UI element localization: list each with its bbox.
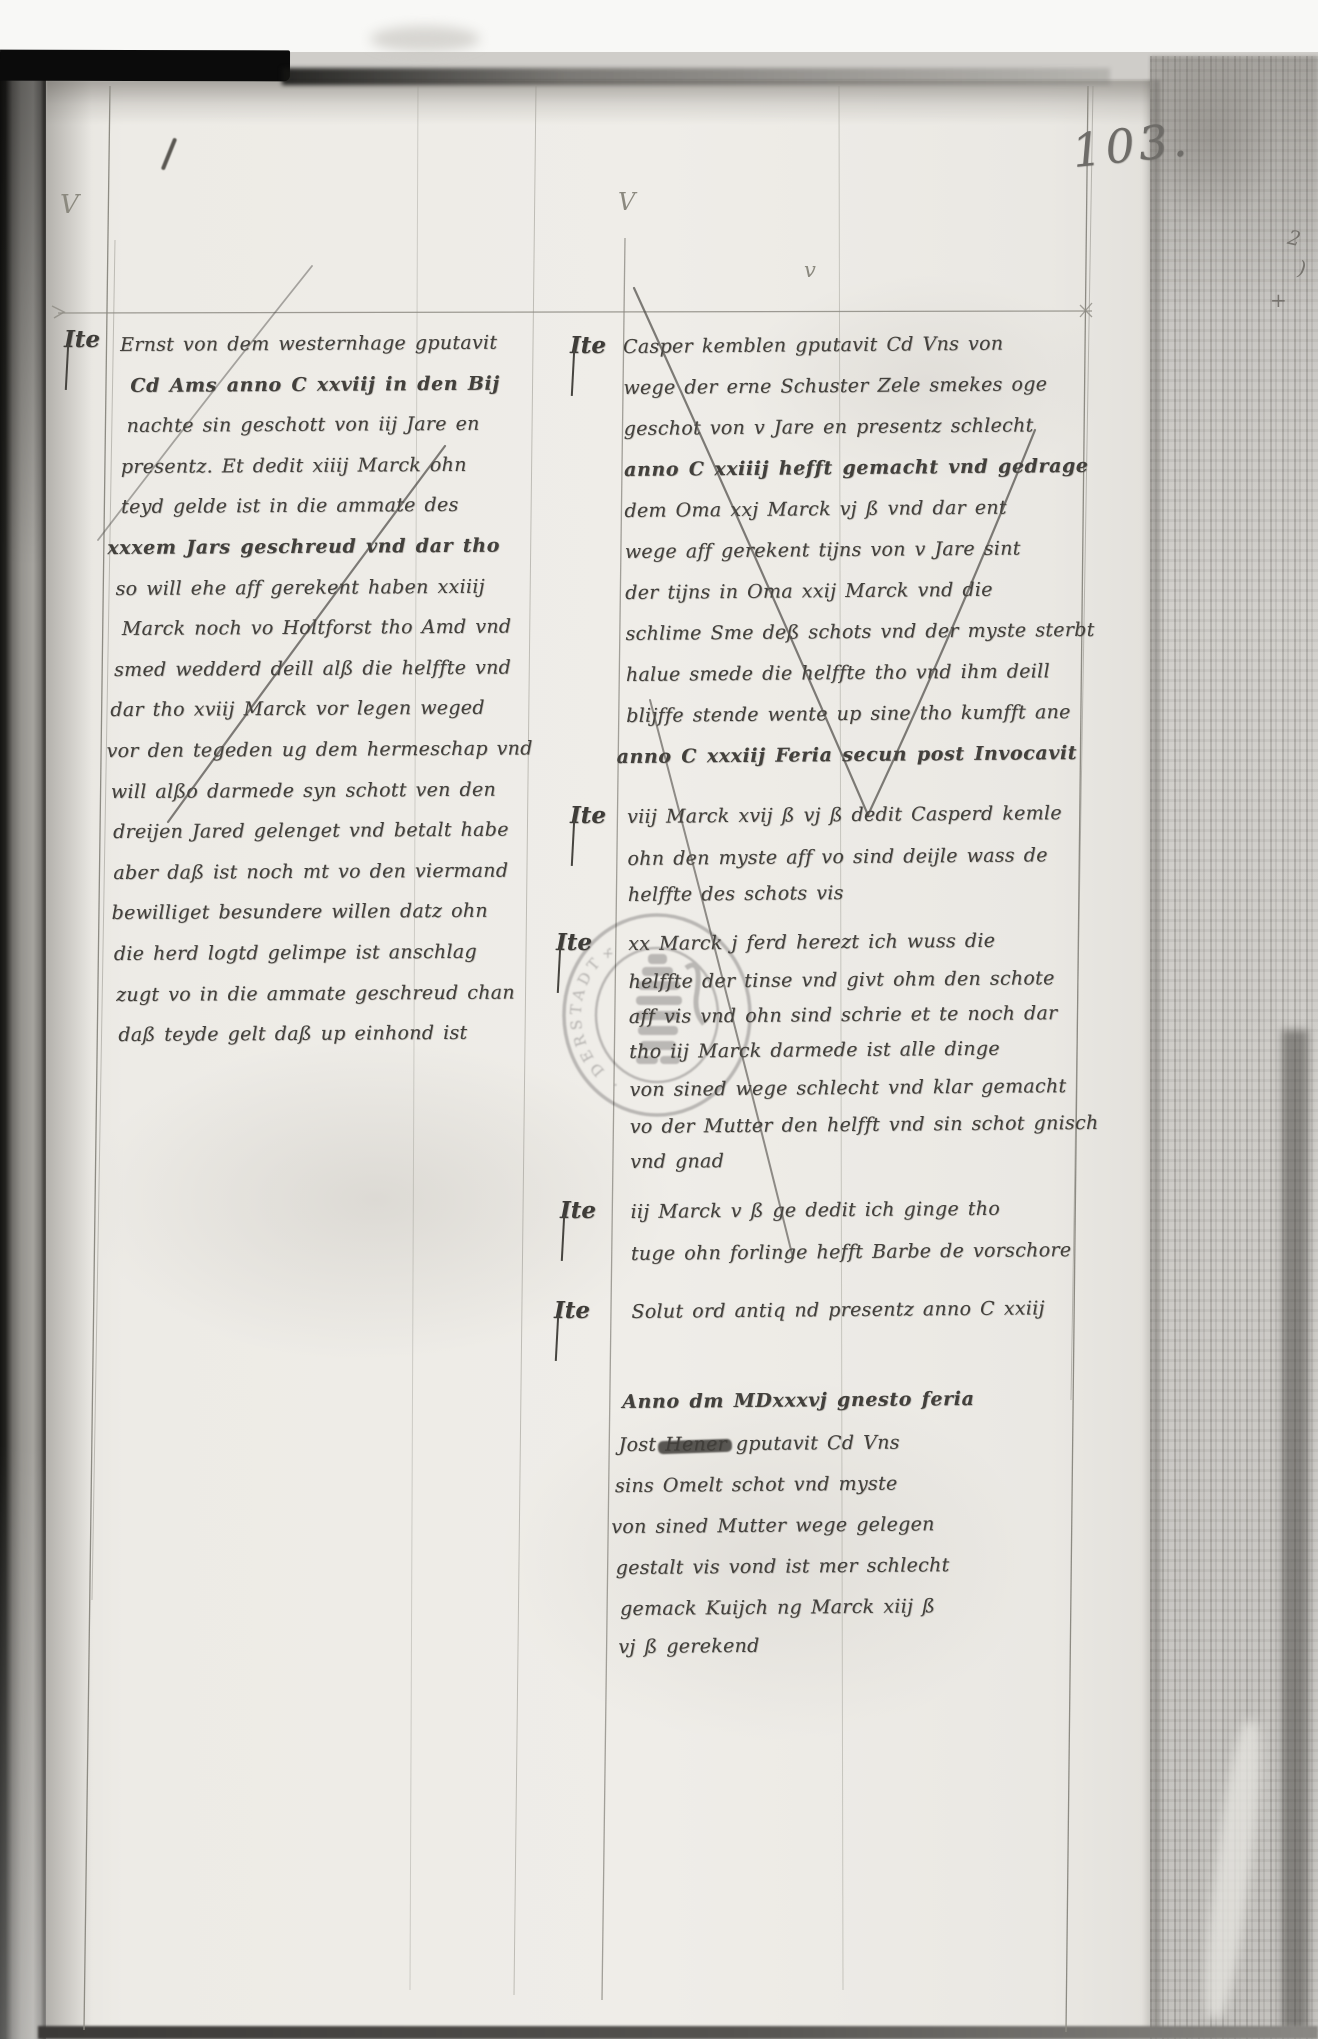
manuscript-scan: { "page": { "folio_number": "103.", "ite… (0, 0, 1318, 2039)
cancellation-strokes (0, 0, 1318, 2039)
